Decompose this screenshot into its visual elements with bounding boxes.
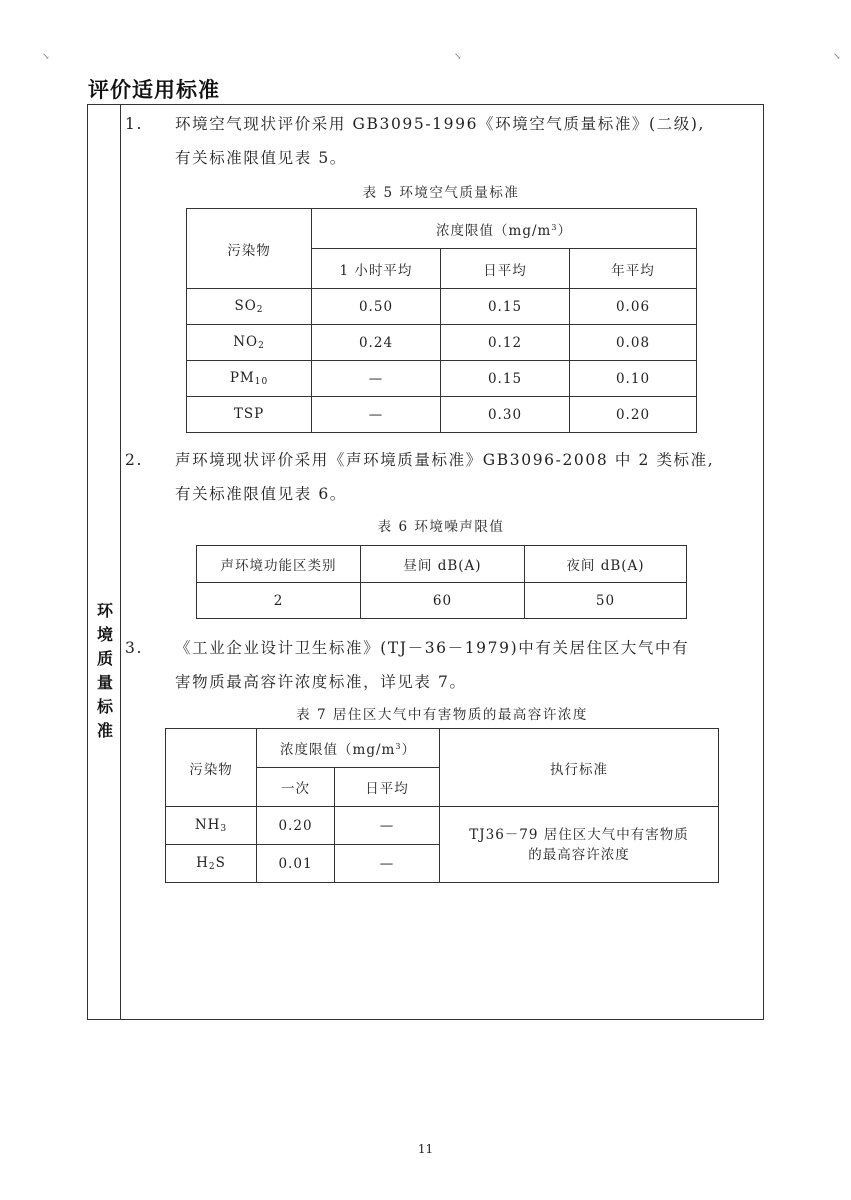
table6-caption: 表 6 环境噪声限值 — [196, 515, 686, 535]
item-text-line: 有关标准限值见表 5。 — [175, 142, 347, 175]
pollutant-name: TSP — [187, 397, 312, 433]
pollutant-name: NH3 — [166, 807, 257, 845]
table7: 污染物 浓度限值（mg/m3） 执行标准 一次 日平均 NH3 0.20 — T… — [165, 728, 719, 883]
pollutant-name: NO2 — [187, 325, 312, 361]
table7-header-group: 浓度限值（mg/m3） — [257, 729, 440, 768]
cell: 0.20 — [257, 807, 335, 845]
table7-header-pollutant: 污染物 — [166, 729, 257, 807]
table5-col-header: 1 小时平均 — [312, 249, 441, 289]
table7-col-header: 日平均 — [335, 768, 440, 807]
cell: 0.06 — [570, 289, 697, 325]
side-label-char: 境 — [90, 623, 120, 647]
table6-col-header: 昼间 dB(A) — [361, 546, 525, 583]
scan-mark: ↘ — [454, 52, 462, 62]
section-heading: 评价适用标准 — [88, 74, 220, 104]
cell: 0.20 — [570, 397, 697, 433]
side-label-char: 量 — [90, 671, 120, 695]
table-row: PM10 — 0.15 0.10 — [187, 361, 697, 397]
side-label-char: 准 — [90, 719, 120, 743]
table7-header-standard: 执行标准 — [440, 729, 719, 807]
cell: 60 — [361, 583, 525, 619]
item-text-line: 有关标准限值见表 6。 — [175, 478, 347, 511]
standard-text: TJ36－79 居住区大气中有害物质 的最高容许浓度 — [440, 807, 719, 883]
pollutant-name: SO2 — [187, 289, 312, 325]
table6-col-header: 夜间 dB(A) — [525, 546, 687, 583]
table-row: NO2 0.24 0.12 0.08 — [187, 325, 697, 361]
cell: 0.01 — [257, 845, 335, 883]
scan-mark: ↘ — [42, 52, 50, 62]
standard-text-line: TJ36－79 居住区大气中有害物质 — [440, 825, 718, 845]
cell: — — [335, 845, 440, 883]
table5-col-header: 日平均 — [441, 249, 570, 289]
item-text-line: 声环境现状评价采用《声环境质量标准》GB3096-2008 中 2 类标准, — [175, 444, 714, 477]
item-number: 1. — [125, 108, 143, 141]
cell: 0.30 — [441, 397, 570, 433]
side-label-char: 质 — [90, 647, 120, 671]
scan-mark: ↘ — [833, 52, 841, 62]
pollutant-name: PM10 — [187, 361, 312, 397]
cell: 0.15 — [441, 361, 570, 397]
table7-caption: 表 7 居住区大气中有害物质的最高容许浓度 — [166, 703, 718, 723]
item-number: 2. — [125, 444, 143, 477]
page-number: 11 — [0, 1142, 851, 1156]
cell: — — [335, 807, 440, 845]
cell: 0.15 — [441, 289, 570, 325]
table5-col-header: 年平均 — [570, 249, 697, 289]
side-label: 环 境 质 量 标 准 — [90, 599, 120, 743]
cell: 0.24 — [312, 325, 441, 361]
column-divider — [120, 105, 121, 1019]
table-row: TSP — 0.30 0.20 — [187, 397, 697, 433]
table-row: NH3 0.20 — TJ36－79 居住区大气中有害物质 的最高容许浓度 — [166, 807, 719, 845]
table6-col-header: 声环境功能区类别 — [197, 546, 361, 583]
table5: 污染物 浓度限值（mg/m3） 1 小时平均 日平均 年平均 SO2 0.50 … — [186, 208, 697, 433]
item-text-line: 害物质最高容许浓度标准，详见表 7。 — [175, 666, 467, 699]
cell: — — [312, 361, 441, 397]
table5-header-pollutant: 污染物 — [187, 209, 312, 289]
cell: 0.10 — [570, 361, 697, 397]
side-label-char: 环 — [90, 599, 120, 623]
side-label-char: 标 — [90, 695, 120, 719]
standard-text-line: 的最高容许浓度 — [440, 845, 718, 865]
item-text-line: 环境空气现状评价采用 GB3095-1996《环境空气质量标准》(二级), — [175, 108, 705, 141]
cell: — — [312, 397, 441, 433]
cell: 50 — [525, 583, 687, 619]
table5-header-group: 浓度限值（mg/m3） — [312, 209, 697, 249]
cell: 0.12 — [441, 325, 570, 361]
table5-caption: 表 5 环境空气质量标准 — [186, 181, 696, 201]
cell: 2 — [197, 583, 361, 619]
cell: 0.50 — [312, 289, 441, 325]
cell: 0.08 — [570, 325, 697, 361]
pollutant-name: H2S — [166, 845, 257, 883]
table6: 声环境功能区类别 昼间 dB(A) 夜间 dB(A) 2 60 50 — [196, 545, 687, 619]
item-number: 3. — [125, 632, 143, 665]
item-text-line: 《工业企业设计卫生标准》(TJ－36－1979)中有关居住区大气中有 — [175, 632, 689, 665]
table-row: SO2 0.50 0.15 0.06 — [187, 289, 697, 325]
table-row: 2 60 50 — [197, 583, 687, 619]
table7-col-header: 一次 — [257, 768, 335, 807]
